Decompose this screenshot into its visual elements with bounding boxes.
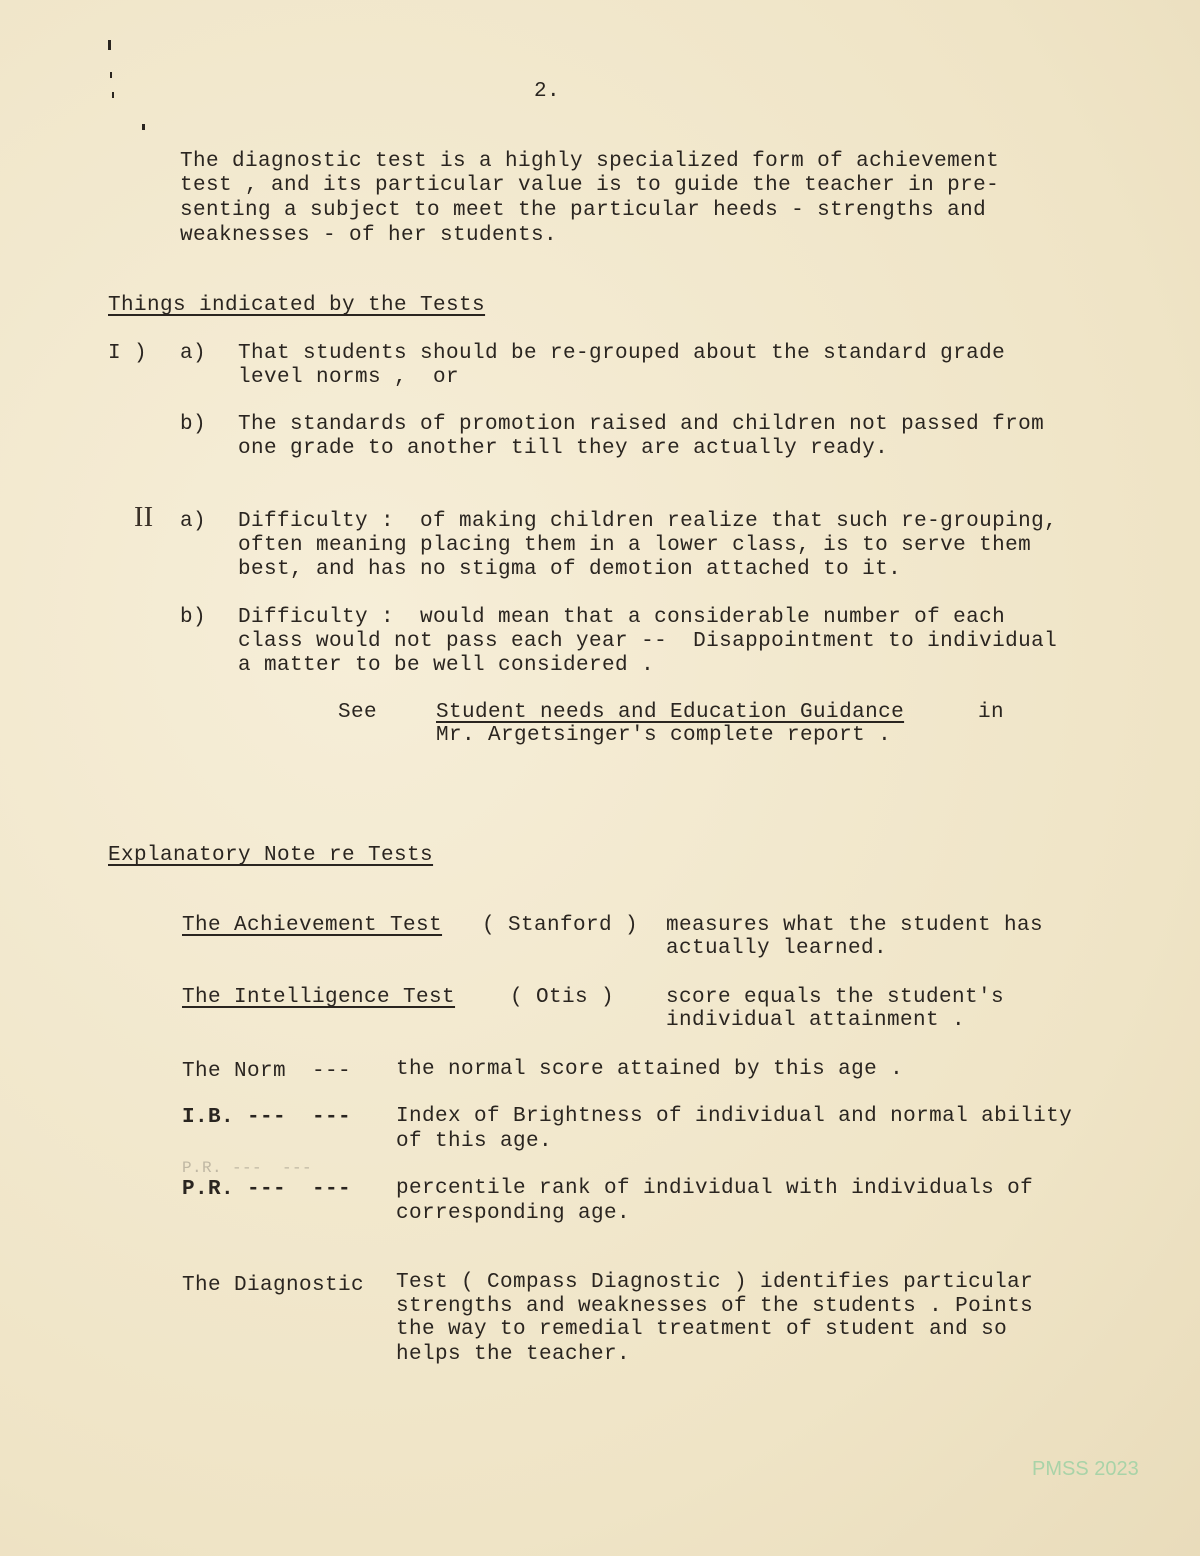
diagnostic-term: The Diagnostic [182, 1274, 364, 1298]
item-text: Difficulty : would mean that a considera… [238, 606, 1005, 630]
norm-definition: the normal score attained by this age . [396, 1058, 903, 1082]
roman-numeral-I: I ) [108, 342, 147, 366]
see-reference-title: Student needs and Education Guidance [436, 701, 904, 725]
see-prefix: See [338, 701, 377, 725]
diagnostic-definition: the way to remedial treatment of student… [396, 1318, 1007, 1342]
pr-definition: percentile rank of individual with indiv… [396, 1177, 1033, 1201]
item-label-b: b) [180, 413, 206, 437]
intro-line: weaknesses - of her students. [180, 224, 557, 248]
item-text: level norms , or [238, 366, 459, 390]
ib-definition: of this age. [396, 1130, 552, 1154]
margin-mark [112, 92, 114, 98]
margin-mark [108, 40, 111, 50]
watermark: PMSS 2023 [1032, 1458, 1139, 1481]
intelligence-test-desc: score equals the student's [666, 986, 1004, 1010]
item-label-a: a) [180, 510, 206, 534]
norm-term: The Norm --- [182, 1060, 351, 1084]
item-text: one grade to another till they are actua… [238, 437, 888, 461]
item-text: The standards of promotion raised and ch… [238, 413, 1044, 437]
ib-definition: Index of Brightness of individual and no… [396, 1105, 1072, 1129]
item-label-a: a) [180, 342, 206, 366]
intro-line: senting a subject to meet the particular… [180, 199, 986, 223]
achievement-test-name: The Achievement Test [182, 914, 442, 938]
pr-term-ghost: P.R. --- --- [182, 1156, 312, 1180]
margin-mark [110, 72, 112, 78]
page-number: 2. [534, 80, 560, 104]
intro-line: test , and its particular value is to gu… [180, 174, 999, 198]
item-text: often meaning placing them in a lower cl… [238, 534, 1031, 558]
item-text: That students should be re-grouped about… [238, 342, 1005, 366]
intelligence-test-paren: ( Otis ) [510, 986, 614, 1010]
roman-numeral-II-handwritten: II [134, 506, 153, 530]
item-text: a matter to be well considered . [238, 654, 654, 678]
diagnostic-definition: helps the teacher. [396, 1343, 630, 1367]
pr-definition: corresponding age. [396, 1202, 630, 1226]
achievement-test-paren: ( Stanford ) [482, 914, 638, 938]
item-text: Difficulty : of making children realize … [238, 510, 1057, 534]
margin-mark [142, 124, 145, 130]
achievement-test-desc: actually learned. [666, 937, 887, 961]
item-text: class would not pass each year -- Disapp… [238, 630, 1057, 654]
intelligence-test-desc: individual attainment . [666, 1009, 965, 1033]
item-text: best, and has no stigma of demotion atta… [238, 558, 901, 582]
diagnostic-definition: Test ( Compass Diagnostic ) identifies p… [396, 1271, 1033, 1295]
section-heading-things-indicated: Things indicated by the Tests [108, 294, 485, 318]
ib-term: I.B. --- --- [182, 1106, 351, 1130]
intelligence-test-name: The Intelligence Test [182, 986, 455, 1010]
intro-line: The diagnostic test is a highly speciali… [180, 150, 999, 174]
see-suffix: in [978, 701, 1004, 725]
see-line2: Mr. Argetsinger's complete report . [436, 724, 891, 748]
achievement-test-desc: measures what the student has [666, 914, 1043, 938]
section-heading-explanatory-note: Explanatory Note re Tests [108, 844, 433, 868]
diagnostic-definition: strengths and weaknesses of the students… [396, 1295, 1033, 1319]
item-label-b: b) [180, 606, 206, 630]
pr-term: P.R. --- --- [182, 1178, 351, 1202]
